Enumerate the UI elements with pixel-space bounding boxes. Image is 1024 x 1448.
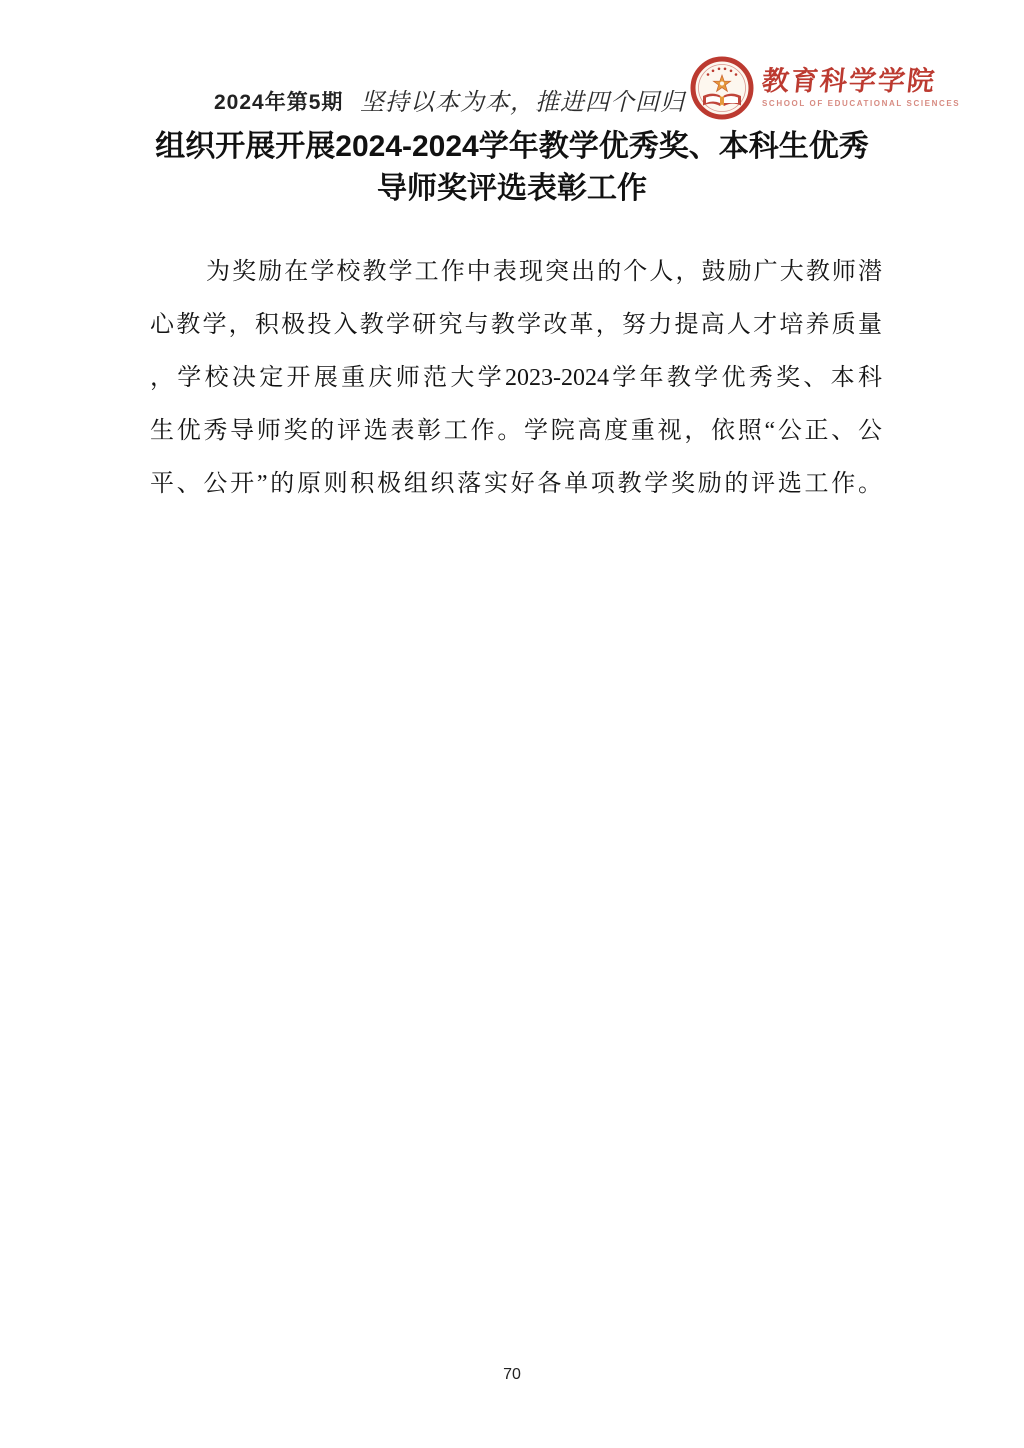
body-paragraph: 为奖励在学校教学工作中表现突出的个人，鼓励广大教师潜 心教学，积极投入教学研究与… xyxy=(150,246,882,511)
document-page: 2024年第5期 坚持以本为本，推进四个回归 xyxy=(0,0,1024,1448)
school-name-en: SCHOOL OF EDUCATIONAL SCIENCES xyxy=(762,100,960,108)
school-name-cn: 教育科学学院 xyxy=(761,68,962,95)
page-title-line2: 导师奖评选表彰工作 xyxy=(0,168,1024,210)
school-emblem-icon xyxy=(690,56,754,120)
body-text-line: 平、公开”的原则积极组织落实好各单项教学奖励的评选工作。 xyxy=(150,458,882,511)
body-text-line: 生优秀导师奖的评选表彰工作。学院高度重视，依照“公正、公 xyxy=(150,405,882,458)
school-logo-text: 教育科学学院 SCHOOL OF EDUCATIONAL SCIENCES xyxy=(762,68,960,108)
body-text-line: ，学校决定开展重庆师范大学2023-2024学年教学优秀奖、本科 xyxy=(150,352,882,405)
page-title: 组织开展开展2024-2024学年教学优秀奖、本科生优秀 导师奖评选表彰工作 xyxy=(0,126,1024,210)
body-text-line: 为奖励在学校教学工作中表现突出的个人，鼓励广大教师潜 xyxy=(150,246,882,299)
page-title-line1: 组织开展开展2024-2024学年教学优秀奖、本科生优秀 xyxy=(0,126,1024,168)
header-slogan: 坚持以本为本，推进四个回归 xyxy=(360,82,685,117)
school-logo: 教育科学学院 SCHOOL OF EDUCATIONAL SCIENCES xyxy=(690,56,960,120)
page-number: 70 xyxy=(0,1366,1024,1384)
body-text-line: 心教学，积极投入教学研究与教学改革，努力提高人才培养质量 xyxy=(150,299,882,352)
issue-label: 2024年第5期 xyxy=(214,86,343,116)
